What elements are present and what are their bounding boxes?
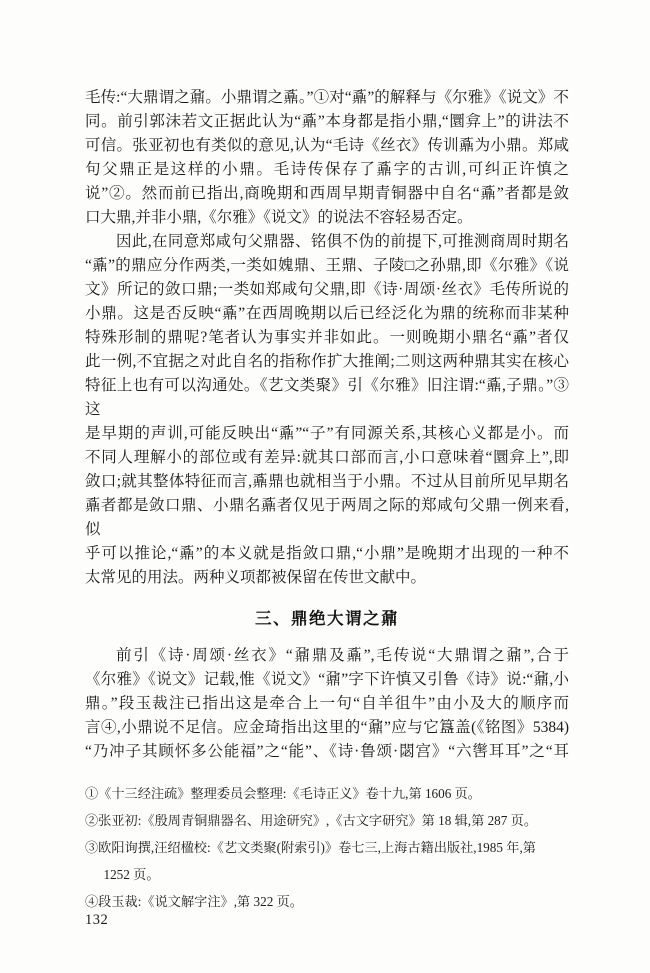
paragraph: 因此,在同意郑咸句父鼎器、铭俱不伪的前提下,可推测商周时期名“鼒”的鼎应分作两类… — [85, 230, 569, 590]
text-line: ②张亚初:《殷周青铜鼎器名、用途研究》,《古文字研究》第 18 辑,第 287 … — [85, 807, 577, 834]
text-line: 同。前引郭沫若文正据此认为“鼒”本身都是指小鼎,“圜弇上”的讲法不 — [85, 110, 569, 134]
text-line: 小鼎。这是否反映“鼒”在西周晚期以后已经泛化为鼎的统称而非某种 — [85, 302, 569, 326]
text-line: ③欧阳询撰,汪绍楹校:《艺文类聚(附索引)》卷七三,上海古籍出版社,1985 年… — [85, 834, 577, 861]
text-line: 特殊形制的鼎呢?笔者认为事实并非如此。一则晚期小鼎名“鼒”者仅 — [85, 326, 569, 350]
text-line: ①《十三经注疏》整理委员会整理:《毛诗正义》卷十九,第 1606 页。 — [85, 780, 577, 807]
text-line: “鼒”的鼎应分作两类,一类如媿鼎、王鼎、子陵□之孙鼎,即《尔雅》《说 — [85, 254, 569, 278]
text-line: 是早期的声训,可能反映出“鼒”“子”有同源关系,其核心义都是小。而 — [85, 422, 569, 446]
text-line: 说”②。然而前已指出,商晚期和西周早期青铜器中自名“鼒”者都是敛 — [85, 182, 569, 206]
text-line: 前引《诗·周颂·丝衣》“鼐鼎及鼒”,毛传说“大鼎谓之鼐”,合于 — [85, 644, 569, 668]
text-line: 太常见的用法。两种义项都被保留在传世文献中。 — [85, 566, 569, 590]
text-line: 特征上也有可以沟通处。《艺文类聚》引《尔雅》旧注谓:“鼒,子鼎。”③这 — [85, 374, 569, 422]
main-text: 毛传:“大鼎谓之鼐。小鼎谓之鼒。”①对“鼒”的解释与《尔雅》《说文》不同。前引郭… — [85, 86, 569, 764]
text-line: 敛口;就其整体特征而言,鼒鼎也就相当于小鼎。不过从目前所见早期名 — [85, 470, 569, 494]
paragraph-continued-from-previous-page: 毛传:“大鼎谓之鼐。小鼎谓之鼒。”①对“鼒”的解释与《尔雅》《说文》不同。前引郭… — [85, 86, 569, 230]
book-page: 毛传:“大鼎谓之鼐。小鼎谓之鼒。”①对“鼒”的解释与《尔雅》《说文》不同。前引郭… — [0, 0, 650, 973]
text-line: 句父鼎正是这样的小鼎。毛诗传保存了鼒字的古训,可纠正许慎之 — [85, 158, 569, 182]
text-line: 《尔雅》《说文》记载,惟《说文》“鼐”字下许慎又引鲁《诗》说:“鼐,小 — [85, 668, 569, 692]
text-line: 不同人理解小的部位或有差异:就其口部而言,小口意味着“圜弇上”,即 — [85, 446, 569, 470]
text-line: 乎可以推论,“鼒”的本义就是指敛口鼎,“小鼎”是晚期才出现的一种不 — [85, 542, 569, 566]
text-line: 可信。张亚初也有类似的意见,认为“毛诗《丝衣》传训鼒为小鼎。郑咸 — [85, 134, 569, 158]
text-line: 因此,在同意郑咸句父鼎器、铭俱不伪的前提下,可推测商周时期名 — [85, 230, 569, 254]
paragraph: 前引《诗·周颂·丝衣》“鼐鼎及鼒”,毛传说“大鼎谓之鼐”,合于《尔雅》《说文》记… — [85, 644, 569, 764]
text-line: 言④,小鼎说不足信。应金琦指出这里的“鼐”应与它簋盖(《铭图》5384) — [85, 716, 569, 740]
text-line: “乃冲子其顾怀多公能福”之“能”、《诗·鲁颂·閟宫》“六辔耳耳”之“耳 — [85, 740, 569, 764]
text-line: 1252 页。 — [85, 861, 577, 888]
text-line: 文》所记的敛口鼎;一类如郑咸句父鼎,即《诗·周颂·丝衣》毛传所说的 — [85, 278, 569, 302]
footnote-4: ④段玉裁:《说文解字注》,第 322 页。 — [85, 888, 577, 915]
footnote-3: ③欧阳询撰,汪绍楹校:《艺文类聚(附索引)》卷七三,上海古籍出版社,1985 年… — [85, 834, 577, 888]
text-line: 口大鼎,并非小鼎,《尔雅》《说文》的说法不容轻易否定。 — [85, 206, 569, 230]
text-line: 毛传:“大鼎谓之鼐。小鼎谓之鼒。”①对“鼒”的解释与《尔雅》《说文》不 — [85, 86, 569, 110]
footnotes-section: ①《十三经注疏》整理委员会整理:《毛诗正义》卷十九,第 1606 页。 ②张亚初… — [85, 780, 577, 915]
text-line: ④段玉裁:《说文解字注》,第 322 页。 — [85, 888, 577, 915]
text-line: 鼒者都是敛口鼎、小鼎名鼒者仅见于两周之际的郑咸句父鼎一例来看,似 — [85, 494, 569, 542]
footnote-2: ②张亚初:《殷周青铜鼎器名、用途研究》,《古文字研究》第 18 辑,第 287 … — [85, 807, 577, 834]
footnote-1: ①《十三经注疏》整理委员会整理:《毛诗正义》卷十九,第 1606 页。 — [85, 780, 577, 807]
section-heading: 三、鼎绝大谓之鼐 — [85, 607, 569, 631]
page-number: 132 — [85, 912, 108, 929]
text-line: 鼎。”段玉裁注已指出这是牵合上一句“自羊徂牛”由小及大的顺序而 — [85, 692, 569, 716]
text-line: 此一例,不宜据之对此自名的指称作扩大推阐;二则这两种鼎其实在核心 — [85, 350, 569, 374]
